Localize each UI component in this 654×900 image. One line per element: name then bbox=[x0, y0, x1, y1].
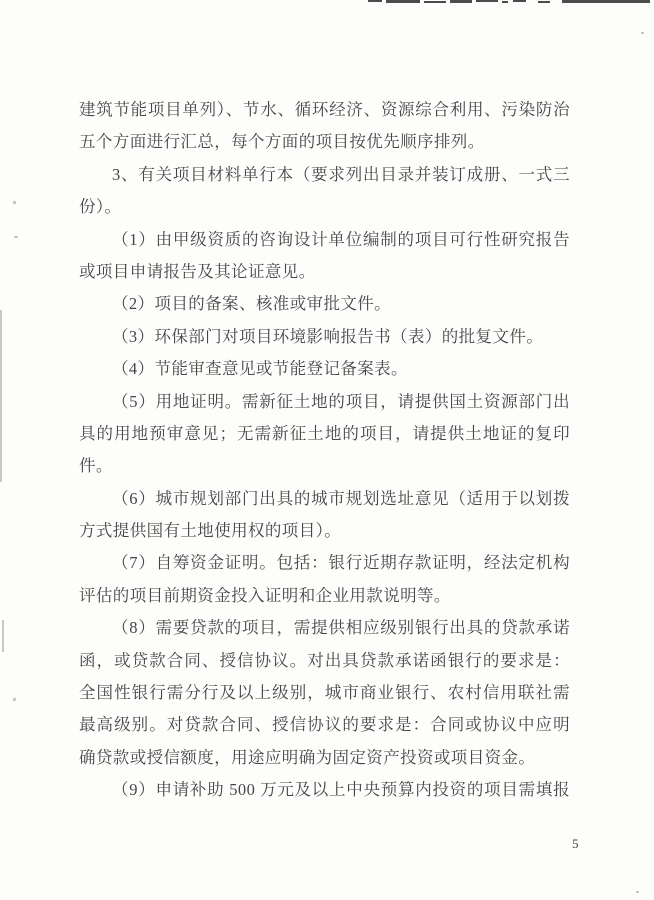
text-line: （1）由甲级资质的咨询设计单位编制的项目可行性研究报告 bbox=[79, 224, 570, 256]
text-line: 确贷款或授信额度，用途应明确为固定资产投资或项目资金。 bbox=[79, 742, 570, 774]
text-line: 份）。 bbox=[79, 191, 570, 223]
text-line: 件。 bbox=[79, 450, 570, 482]
page-number: 5 bbox=[572, 836, 579, 852]
text-line: 具的用地预审意见；无需新征土地的项目，请提供土地证的复印 bbox=[79, 418, 570, 450]
text-line: （2）项目的备案、核准或审批文件。 bbox=[79, 288, 570, 320]
text-line: （3）环保部门对项目环境影响报告书（表）的批复文件。 bbox=[79, 321, 570, 353]
text-line: 五个方面进行汇总，每个方面的项目按优先顺序排列。 bbox=[79, 126, 570, 158]
text-line: （5）用地证明。需新征土地的项目，请提供国土资源部门出 bbox=[79, 386, 570, 418]
text-line: 方式提供国有土地使用权的项目）。 bbox=[79, 515, 570, 547]
text-line: （8）需要贷款的项目，需提供相应级别银行出具的贷款承诺 bbox=[79, 612, 570, 644]
text-line: 建筑节能项目单列）、节水、循环经济、资源综合利用、污染防治 bbox=[79, 94, 570, 126]
text-line: 或项目申请报告及其论证意见。 bbox=[79, 256, 570, 288]
text-line: 全国性银行需分行及以上级别，城市商业银行、农村信用联社需 bbox=[79, 677, 570, 709]
text-line: 函，或贷款合同、授信协议。对出具贷款承诺函银行的要求是： bbox=[79, 645, 570, 677]
text-line: （6）城市规划部门出具的城市规划选址意见（适用于以划拨 bbox=[79, 483, 570, 515]
document-body: 建筑节能项目单列）、节水、循环经济、资源综合利用、污染防治五个方面进行汇总，每个… bbox=[79, 94, 570, 807]
text-line: 最高级别。对贷款合同、授信协议的要求是：合同或协议中应明 bbox=[79, 709, 570, 741]
text-line: 评估的项目前期资金投入证明和企业用款说明等。 bbox=[79, 580, 570, 612]
text-line: （7）自筹资金证明。包括：银行近期存款证明，经法定机构 bbox=[79, 547, 570, 579]
document-page: 建筑节能项目单列）、节水、循环经济、资源综合利用、污染防治五个方面进行汇总，每个… bbox=[0, 0, 654, 900]
text-line: （4）节能审查意见或节能登记备案表。 bbox=[79, 353, 570, 385]
text-line: （9）申请补助 500 万元及以上中央预算内投资的项目需填报 bbox=[79, 774, 570, 806]
text-line: 3、有关项目材料单行本（要求列出目录并装订成册、一式三 bbox=[79, 159, 570, 191]
